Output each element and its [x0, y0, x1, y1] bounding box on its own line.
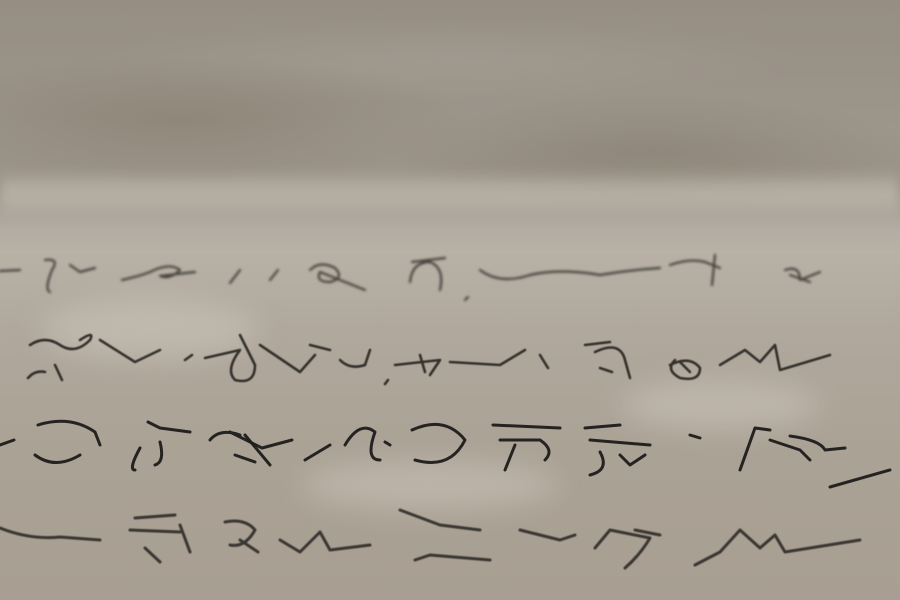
calligraphy-photo: Close-up photograph with shallow depth o… — [0, 0, 900, 600]
text-line-2: Line 2 — [28, 335, 830, 384]
calligraphy-ink: Line 1 (far, blurred) Line 2 — [0, 0, 900, 600]
text-line-3: Line 3 (in focus) — [0, 421, 890, 487]
text-line-1: Line 1 (far, blurred) — [0, 255, 820, 300]
text-line-4: Line 4 (near, bottom) — [0, 510, 860, 568]
